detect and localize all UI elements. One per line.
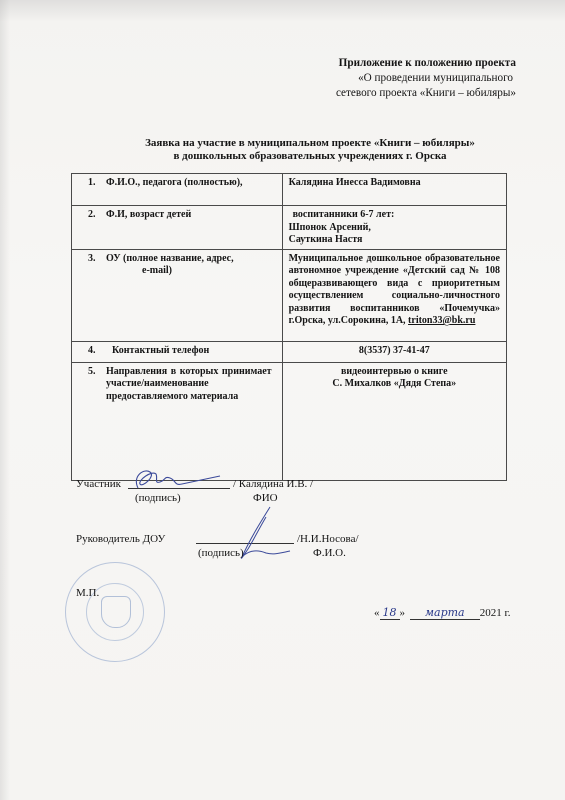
date-year: 2021 г. xyxy=(480,607,511,619)
head-name-caption: Ф.И.О. xyxy=(313,547,346,559)
date-close-quote: » xyxy=(400,607,406,619)
seal-emblem xyxy=(101,596,131,628)
head-signature-caption: (подпись) xyxy=(198,547,244,559)
participant-signature-icon xyxy=(130,466,230,492)
organization-seal-icon xyxy=(65,562,165,662)
head-label: Руководитель ДОУ xyxy=(76,533,165,545)
participant-signature-caption: (подпись) xyxy=(135,492,181,504)
participant-name: / Калядина И.В. / xyxy=(233,478,313,490)
head-name: /Н.И.Носова/ xyxy=(297,533,359,545)
date-day: 18 xyxy=(380,606,400,620)
scanned-document-page: Приложение к положению проекта «О провед… xyxy=(0,0,565,800)
signature-date: «18» марта2021 г. xyxy=(374,606,511,620)
date-month: марта xyxy=(410,606,480,620)
seal-label: М.П. xyxy=(76,587,99,599)
participant-name-caption: ФИО xyxy=(253,492,278,504)
signature-section: Участник / Калядина И.В. / (подпись) ФИО… xyxy=(0,0,565,800)
participant-label: Участник xyxy=(76,478,121,490)
